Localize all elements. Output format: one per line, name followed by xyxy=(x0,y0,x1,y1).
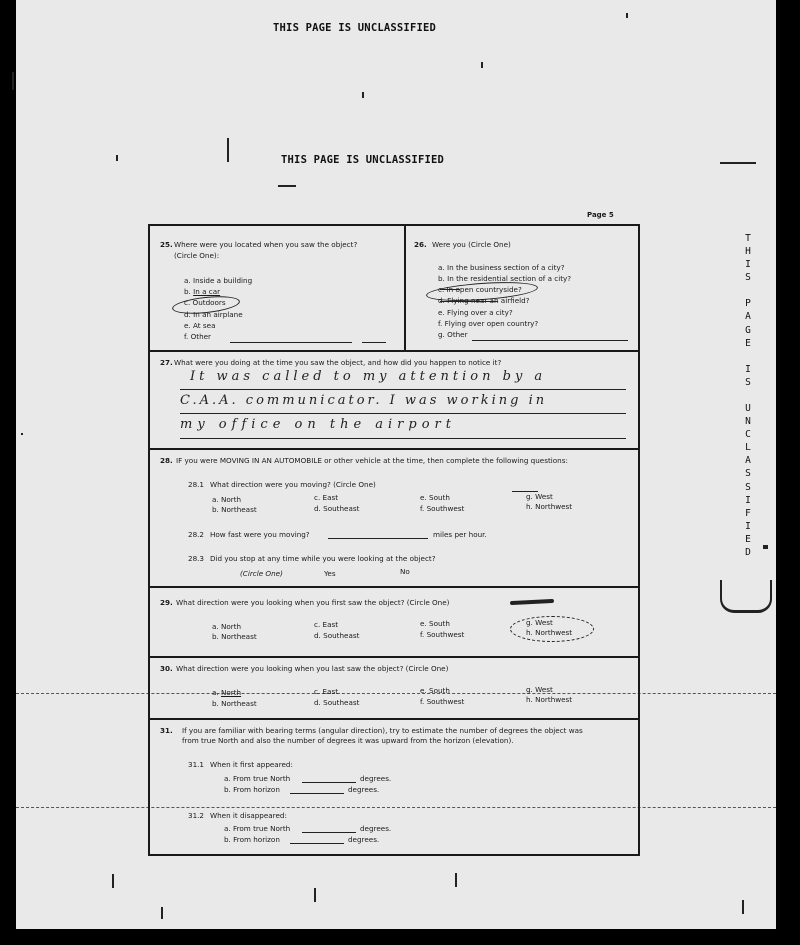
side-stamp-gap xyxy=(740,350,756,363)
side-stamp-bracket-bottom xyxy=(720,580,772,613)
q28-text: IF you were MOVING IN AN AUTOMOBILE or o… xyxy=(176,456,568,467)
q30-option-a[interactable]: a. North xyxy=(212,688,241,699)
q31-2-b-label: b. From horizon xyxy=(224,835,280,846)
q29-answer-circle xyxy=(510,616,594,642)
q26-option-g[interactable]: g. Other xyxy=(438,330,468,341)
section-q27: 27. What were you doing at the time you … xyxy=(150,352,638,450)
side-stamp-letter: E xyxy=(740,337,756,350)
scan-mark xyxy=(278,185,296,187)
side-stamp-gap xyxy=(740,389,756,402)
q29-scribble xyxy=(510,599,554,605)
q30-option-h[interactable]: h. Northwest xyxy=(526,695,572,706)
scan-mark xyxy=(116,155,118,161)
q30-option-g[interactable]: g. West xyxy=(526,685,553,696)
q27-answer-rule-2 xyxy=(180,413,626,414)
side-stamp-letter: E xyxy=(740,533,756,546)
q28-3-no[interactable]: No xyxy=(400,567,410,578)
q31-2-a-label: a. From true North xyxy=(224,824,290,835)
q30-number: 30. xyxy=(160,664,173,675)
side-stamp-letter: I xyxy=(740,494,756,507)
q25-option-f[interactable]: f. Other xyxy=(184,332,211,343)
scan-mark xyxy=(763,545,768,549)
q31-2-number: 31.2 xyxy=(188,811,204,822)
section-q30: 30. What direction were you looking when… xyxy=(150,658,638,720)
q28-3-yes[interactable]: Yes xyxy=(324,569,336,580)
q29-option-e[interactable]: e. South xyxy=(420,619,450,630)
side-stamp-letter: C xyxy=(740,428,756,441)
q25-other-field[interactable] xyxy=(230,342,352,343)
q26-option-f[interactable]: f. Flying over open country? xyxy=(438,319,538,330)
q28-1-option-g[interactable]: g. West xyxy=(526,492,553,503)
unclassified-stamp-top: THIS PAGE IS UNCLASSIFIED xyxy=(273,22,436,34)
q28-1-option-e[interactable]: e. South xyxy=(420,493,450,504)
side-unclassified-stamp: THISPAGEISUNCLASSIFIED xyxy=(740,232,756,559)
q31-2-b-suffix: degrees. xyxy=(348,835,379,846)
side-stamp-letter: U xyxy=(740,402,756,415)
q28-2-suffix: miles per hour. xyxy=(433,530,487,541)
questionnaire-form: 25. Where were you located when you saw … xyxy=(148,224,640,856)
q28-2-number: 28.2 xyxy=(188,530,204,541)
q25-other-field-2[interactable] xyxy=(362,342,386,343)
side-stamp-letter: N xyxy=(740,415,756,428)
q29-option-d[interactable]: d. Southeast xyxy=(314,631,359,642)
side-stamp-letter: A xyxy=(740,454,756,467)
q25-number: 25. xyxy=(160,240,173,251)
q31-1-text: When it first appeared: xyxy=(210,760,293,771)
q31-number: 31. xyxy=(160,726,173,737)
column-divider xyxy=(404,226,406,350)
scan-mark xyxy=(227,138,229,162)
q28-1-option-h[interactable]: h. Northwest xyxy=(526,502,572,513)
q30-option-f[interactable]: f. Southwest xyxy=(420,697,464,708)
side-stamp-letter: D xyxy=(740,546,756,559)
q28-1-option-c[interactable]: c. East xyxy=(314,493,338,504)
scan-mark xyxy=(161,907,163,919)
scan-mark xyxy=(362,92,364,98)
q31-1-number: 31.1 xyxy=(188,760,204,771)
q30-option-e[interactable]: e. South xyxy=(420,686,450,697)
q28-1-option-a[interactable]: a. North xyxy=(212,495,241,506)
q29-option-b[interactable]: b. Northeast xyxy=(212,632,257,643)
q31-text-line1: If you are familiar with bearing terms (… xyxy=(182,726,583,737)
q26-other-field[interactable] xyxy=(472,340,628,341)
side-stamp-letter: I xyxy=(740,363,756,376)
q26-number: 26. xyxy=(414,240,427,251)
q31-2-text: When it disappeared: xyxy=(210,811,287,822)
q25-option-a[interactable]: a. Inside a building xyxy=(184,276,252,287)
q28-2-speed-field[interactable] xyxy=(328,538,428,539)
q30-text: What direction were you looking when you… xyxy=(176,664,448,675)
q30-option-c[interactable]: c. East xyxy=(314,687,338,698)
scan-mark xyxy=(455,873,457,887)
q28-1-text: What direction were you moving? (Circle … xyxy=(210,480,376,491)
q28-1-number: 28.1 xyxy=(188,480,204,491)
q27-answer-rule-3 xyxy=(180,438,626,439)
q26-option-d-strike xyxy=(440,301,498,302)
scan-mark xyxy=(314,888,316,902)
side-stamp-letter: A xyxy=(740,310,756,323)
q28-1-option-b[interactable]: b. Northeast xyxy=(212,505,257,516)
page-number: Page 5 xyxy=(587,211,614,219)
side-stamp-letter: H xyxy=(740,245,756,258)
side-stamp-letter: L xyxy=(740,441,756,454)
q27-answer-line-3[interactable]: my office on the airport xyxy=(180,420,456,431)
q30-option-b[interactable]: b. Northeast xyxy=(212,699,257,710)
q28-1-option-f[interactable]: f. Southwest xyxy=(420,504,464,515)
q28-1-option-d[interactable]: d. Southeast xyxy=(314,504,359,515)
section-q25-q26: 25. Where were you located when you saw … xyxy=(150,226,638,352)
section-q28: 28. IF you were MOVING IN AN AUTOMOBILE … xyxy=(150,450,638,588)
q26-option-a[interactable]: a. In the business section of a city? xyxy=(438,263,565,274)
section-q29: 29. What direction were you looking when… xyxy=(150,588,638,658)
side-stamp-bracket-top xyxy=(720,162,756,164)
q31-text-line2: from true North and also the number of d… xyxy=(182,736,514,747)
side-stamp-letter: S xyxy=(740,467,756,480)
q31-1-b-label: b. From horizon xyxy=(224,785,280,796)
side-stamp-letter: G xyxy=(740,324,756,337)
scan-mark xyxy=(742,900,744,914)
q27-answer-line-1[interactable]: It was called to my attention by a xyxy=(190,372,546,383)
side-stamp-letter: S xyxy=(740,481,756,494)
side-stamp-letter: I xyxy=(740,258,756,271)
q25-option-d[interactable]: d. In an airplane xyxy=(184,310,243,321)
q31-2-horizon-degrees-field[interactable] xyxy=(290,843,344,844)
scan-mark xyxy=(481,62,483,68)
scan-mark xyxy=(12,72,14,90)
q31-1-a-label: a. From true North xyxy=(224,774,290,785)
q28-number: 28. xyxy=(160,456,173,467)
scan-mark xyxy=(21,433,23,435)
side-stamp-letter: S xyxy=(740,271,756,284)
q30-option-d[interactable]: d. Southeast xyxy=(314,698,359,709)
side-stamp-gap xyxy=(740,284,756,297)
side-stamp-letter: S xyxy=(740,376,756,389)
side-stamp-letter: F xyxy=(740,507,756,520)
scan-mark xyxy=(112,874,114,888)
q29-number: 29. xyxy=(160,598,173,609)
q26-option-e[interactable]: e. Flying over a city? xyxy=(438,308,513,319)
unclassified-stamp-second: THIS PAGE IS UNCLASSIFIED xyxy=(281,154,444,166)
q25-option-e[interactable]: e. At sea xyxy=(184,321,215,332)
q31-1-north-degrees-field[interactable] xyxy=(302,782,356,783)
q31-1-horizon-degrees-field[interactable] xyxy=(290,793,344,794)
q27-number: 27. xyxy=(160,358,173,369)
q26-text: Were you (Circle One) xyxy=(432,240,511,251)
q29-text: What direction were you looking when you… xyxy=(176,598,449,609)
q28-3-number: 28.3 xyxy=(188,554,204,565)
q29-option-a[interactable]: a. North xyxy=(212,622,241,633)
q31-2-north-degrees-field[interactable] xyxy=(302,832,356,833)
q27-answer-line-2[interactable]: C.A.A. communicator. I was working in xyxy=(180,396,547,407)
q25-instruction: (Circle One): xyxy=(174,251,219,262)
side-stamp-letter: I xyxy=(740,520,756,533)
side-stamp-letter: P xyxy=(740,297,756,310)
q29-option-f[interactable]: f. Southwest xyxy=(420,630,464,641)
q28-3-text: Did you stop at any time while you were … xyxy=(210,554,436,565)
q28-3-instruction: (Circle One) xyxy=(240,569,283,580)
section-q31: 31. If you are familiar with bearing ter… xyxy=(150,720,638,856)
scan-mark xyxy=(626,13,628,18)
q31-2-a-suffix: degrees. xyxy=(360,824,391,835)
q28-2-text: How fast were you moving? xyxy=(210,530,310,541)
q27-text: What were you doing at the time you saw … xyxy=(174,358,501,369)
q25-text: Where were you located when you saw the … xyxy=(174,240,357,251)
side-stamp-letter: T xyxy=(740,232,756,245)
q27-answer-rule-1 xyxy=(180,389,626,390)
q29-option-c[interactable]: c. East xyxy=(314,620,338,631)
q31-1-a-suffix: degrees. xyxy=(360,774,391,785)
q31-1-b-suffix: degrees. xyxy=(348,785,379,796)
